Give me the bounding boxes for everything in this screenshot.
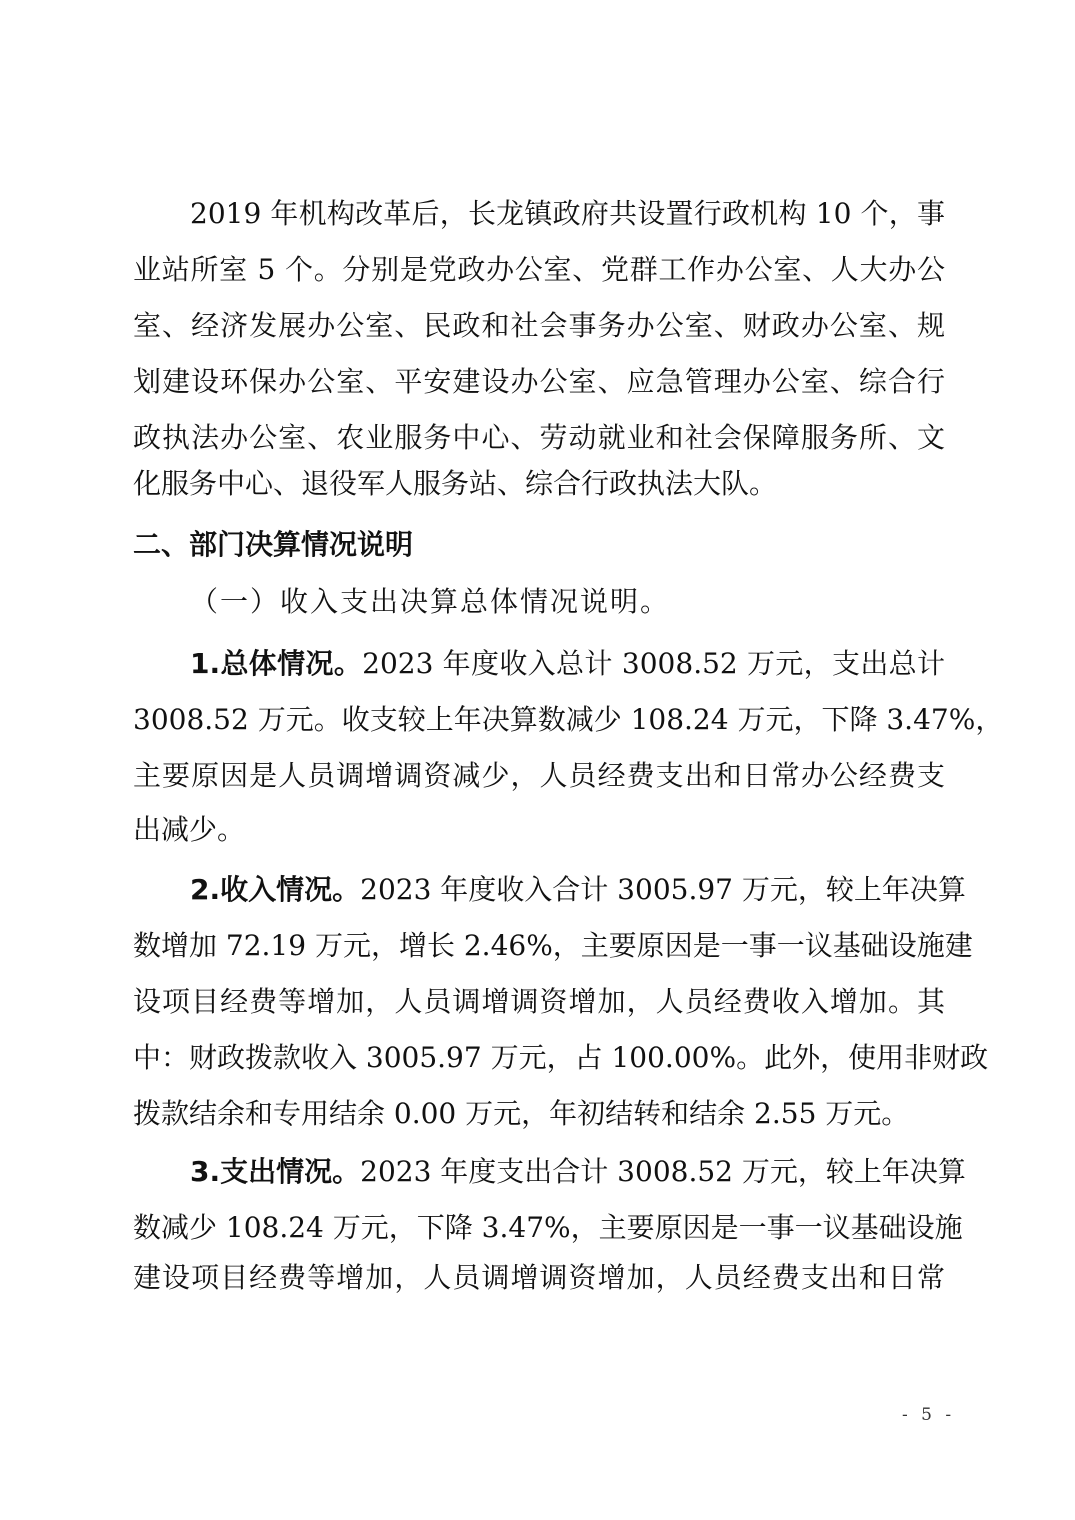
- paragraph-line: 拨款结余和专用结余 0.00 万元，年初结转和结余 2.55 万元。: [133, 1094, 945, 1134]
- paragraph-line: 数增加 72.19 万元，增长 2.46%，主要原因是一事一议基础设施建: [133, 926, 945, 966]
- paragraph-line: 中：财政拨款收入 3005.97 万元，占 100.00%。此外，使用非财政: [133, 1038, 945, 1078]
- paragraph-text: 2023 年度收入合计 3005.97 万元，较上年决算: [360, 873, 966, 906]
- subsection-heading: （一）收入支出决算总体情况说明。: [190, 582, 670, 622]
- intro-line: 化服务中心、退役军人服务站、综合行政执法大队。: [133, 464, 945, 504]
- paragraph-line: 数减少 108.24 万元，下降 3.47%，主要原因是一事一议基础设施: [133, 1208, 945, 1248]
- paragraph-lead: 3.支出情况。: [190, 1155, 360, 1188]
- paragraph-line: 设项目经费等增加，人员调增调资增加，人员经费收入增加。其: [133, 982, 945, 1022]
- paragraph-line: 主要原因是人员调增调资减少，人员经费支出和日常办公经费支: [133, 756, 945, 796]
- page-number: - 5 -: [902, 1405, 955, 1425]
- intro-line: 划建设环保办公室、平安建设办公室、应急管理办公室、综合行: [133, 362, 945, 402]
- paragraph-overall-first-line: 1.总体情况。2023 年度收入总计 3008.52 万元，支出总计: [190, 644, 945, 684]
- paragraph-expenditure-first-line: 3.支出情况。2023 年度支出合计 3008.52 万元，较上年决算: [190, 1152, 945, 1192]
- paragraph-line: 建设项目经费等增加，人员调增调资增加，人员经费支出和日常: [133, 1258, 945, 1298]
- intro-line: 业站所室 5 个。分别是党政办公室、党群工作办公室、人大办公: [133, 250, 945, 290]
- paragraph-lead: 2.收入情况。: [190, 873, 360, 906]
- paragraph-income-first-line: 2.收入情况。2023 年度收入合计 3005.97 万元，较上年决算: [190, 870, 945, 910]
- paragraph-lead: 1.总体情况。: [190, 647, 362, 680]
- paragraph-line: 3008.52 万元。收支较上年决算数减少 108.24 万元，下降 3.47%…: [133, 700, 945, 740]
- paragraph-text: 2023 年度支出合计 3008.52 万元，较上年决算: [360, 1155, 966, 1188]
- intro-line: 政执法办公室、农业服务中心、劳动就业和社会保障服务所、文: [133, 418, 945, 458]
- paragraph-line: 出减少。: [133, 810, 945, 850]
- intro-line: 2019 年机构改革后，长龙镇政府共设置行政机构 10 个，事: [190, 194, 945, 234]
- intro-line: 室、经济发展办公室、民政和社会事务办公室、财政办公室、规: [133, 306, 945, 346]
- paragraph-text: 2023 年度收入总计 3008.52 万元，支出总计: [362, 647, 945, 680]
- section-heading: 二、部门决算情况说明: [133, 525, 413, 565]
